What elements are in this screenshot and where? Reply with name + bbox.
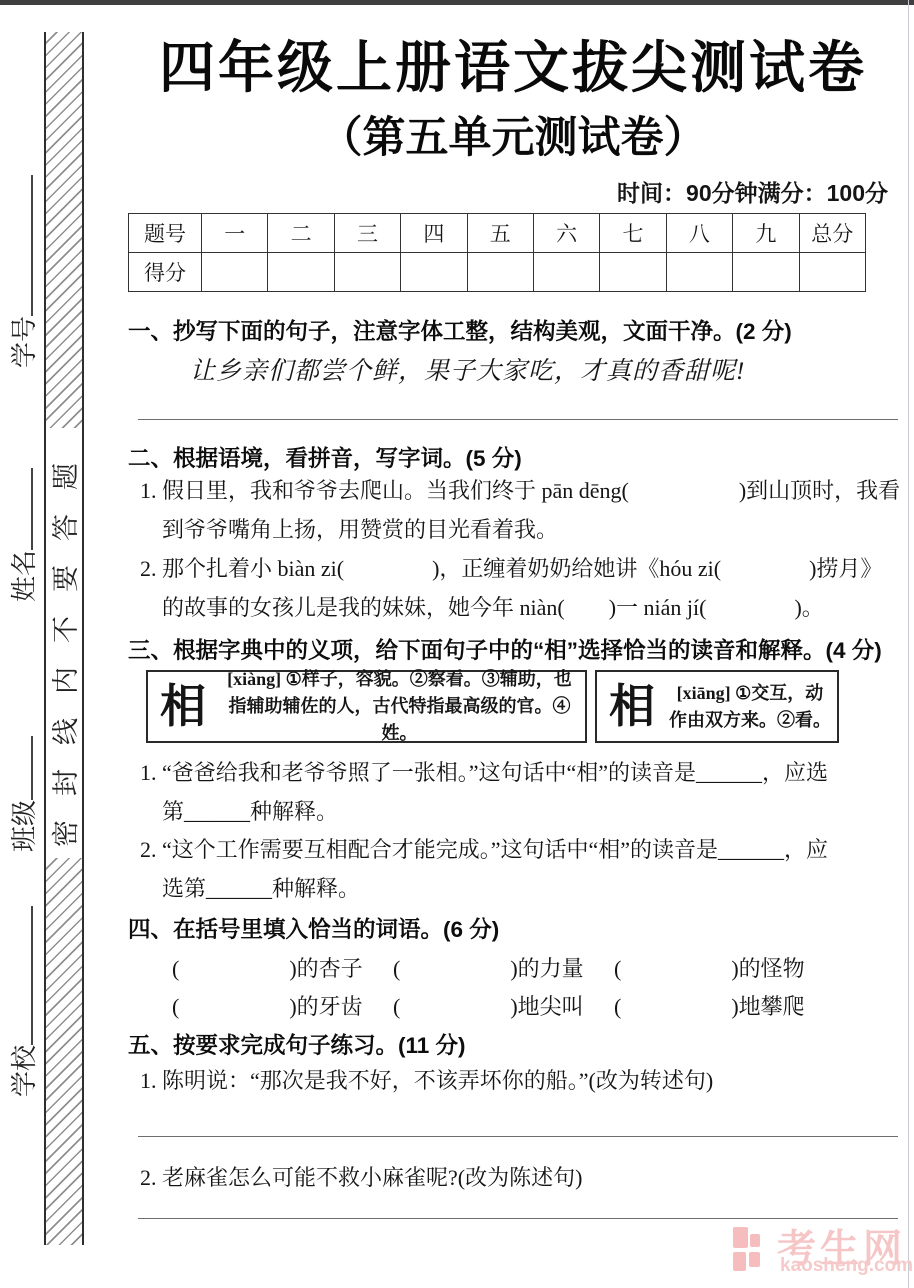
q5-header: 五、按要求完成句子练习。(11 分): [128, 1028, 466, 1060]
q2-item2-line2: 的故事的女孩儿是我的妹妹，她今年 niàn( )一 nián jí( )。: [162, 595, 824, 621]
q4-blank-phrase[interactable]: ( )的牙齿: [172, 990, 393, 1021]
time-and-score-info: 时间：90分钟满分：100分: [128, 175, 894, 208]
q5-item1-answer-line[interactable]: [138, 1136, 898, 1137]
q4-blank-phrase[interactable]: ( )的怪物: [614, 952, 835, 983]
score-cell[interactable]: [799, 253, 865, 292]
kaosheng-logo-icon: [733, 1227, 761, 1272]
student-name-label: 姓名: [10, 460, 40, 602]
score-cell[interactable]: [467, 253, 533, 292]
student-name-blank[interactable]: [11, 468, 33, 550]
score-cell[interactable]: [600, 253, 666, 292]
q4-blank-phrase[interactable]: ( )地攀爬: [614, 990, 835, 1021]
q3-dictionary-box-xiang4: 相 [xiàng] ①样子，容貌。②察看。③辅助，也指辅助辅佐的人，古代特指最高…: [146, 670, 587, 743]
score-header-cell: 三: [334, 214, 400, 253]
score-table: 题号 一 二 三 四 五 六 七 八 九 总分 得分: [128, 213, 866, 292]
q2-item2-line1: 2. 那个扎着小 biàn zi( )，正缠着奶奶给她讲《hóu zi( )捞月…: [140, 556, 882, 582]
student-name-label-text: 姓名: [10, 550, 39, 602]
q3-item1-line1: 1. “爸爸给我和老爷爷照了一张相。”这句话中“相”的读音是______，应选: [140, 760, 828, 786]
q5-item1: 1. 陈明说：“那次是我不好，不该弄坏你的船。”(改为转述句): [140, 1068, 713, 1094]
q3-item2-line2: 选第______种解释。: [162, 876, 360, 902]
q3-dictionary-box-xiang1: 相 [xiāng] ①交互，动作由双方来。②看。: [595, 670, 839, 743]
score-cell[interactable]: [733, 253, 799, 292]
q1-answer-line[interactable]: [138, 419, 898, 420]
q4-blank-phrase[interactable]: ( )的力量: [393, 952, 614, 983]
score-cell[interactable]: [401, 253, 467, 292]
q2-item1-line1: 1. 假日里，我和爷爷去爬山。当我们终于 pān dēng( )到山顶时，我看: [140, 478, 900, 504]
dict-entry-character: 相: [148, 684, 214, 730]
score-cell[interactable]: [202, 253, 268, 292]
student-class-blank[interactable]: [11, 736, 33, 800]
q4-blank-phrase[interactable]: ( )地尖叫: [393, 990, 614, 1021]
q2-item1-line2: 到爷爷嘴角上扬，用赞赏的目光看着我。: [162, 517, 558, 543]
student-school-label-text: 学校: [10, 1045, 39, 1097]
score-header-cell: 题号: [129, 214, 202, 253]
student-class-label-text: 班级: [10, 800, 39, 852]
student-id-label: 学号: [10, 165, 40, 368]
q1-header: 一、抄写下面的句子，注意字体工整，结构美观，文面干净。(2 分): [128, 314, 792, 346]
dict-entry-pinyin: [xiàng]: [227, 669, 281, 689]
q3-item1-line2: 第______种解释。: [162, 799, 338, 825]
score-cell[interactable]: [268, 253, 334, 292]
score-table-score-row: 得分: [129, 253, 866, 292]
paper-title: 四年级上册语文拔尖测试卷: [128, 24, 898, 104]
q4-blank-row-2: ( )的牙齿 ( )地尖叫 ( )地攀爬: [172, 990, 835, 1021]
score-header-cell: 八: [666, 214, 732, 253]
watermark-site-url: kaosheng.com: [780, 1255, 913, 1277]
score-header-cell: 六: [533, 214, 599, 253]
page-right-border: [908, 0, 909, 1288]
seal-line-text: 密封线内不要答题: [47, 428, 85, 858]
dict-entry-definitions: [xiàng] ①样子，容貌。②察看。③辅助，也指辅助辅佐的人，古代特指最高级的…: [214, 666, 585, 747]
student-id-blank[interactable]: [11, 175, 33, 316]
dict-entry-character: 相: [597, 684, 663, 730]
score-header-cell: 五: [467, 214, 533, 253]
score-row-label: 得分: [129, 253, 202, 292]
student-school-blank[interactable]: [11, 906, 33, 1045]
score-header-cell: 七: [600, 214, 666, 253]
score-header-cell: 四: [401, 214, 467, 253]
paper-content: 四年级上册语文拔尖测试卷 （第五单元测试卷） 时间：90分钟满分：100分 题号…: [128, 0, 898, 1288]
q5-item2: 2. 老麻雀怎么可能不救小麻雀呢?(改为陈述句): [140, 1165, 582, 1191]
score-header-cell: 二: [268, 214, 334, 253]
score-cell[interactable]: [334, 253, 400, 292]
score-table-header-row: 题号 一 二 三 四 五 六 七 八 九 总分: [129, 214, 866, 253]
score-header-cell: 九: [733, 214, 799, 253]
seal-hatch-bottom: [46, 858, 82, 1245]
score-header-cell: 总分: [799, 214, 865, 253]
student-class-label: 班级: [10, 728, 40, 852]
score-cell[interactable]: [533, 253, 599, 292]
q1-copy-sentence: 让乡亲们都尝个鲜，果子大家吃，才真的香甜呢!: [190, 351, 745, 387]
q4-header: 四、在括号里填入恰当的词语。(6 分): [128, 912, 499, 944]
seal-hatch-top: [46, 32, 82, 428]
score-cell[interactable]: [666, 253, 732, 292]
score-header-cell: 一: [202, 214, 268, 253]
q3-header: 三、根据字典中的义项，给下面句子中的“相”选择恰当的读音和解释。(4 分): [128, 633, 882, 665]
dict-entry-pinyin: [xiāng]: [677, 683, 731, 703]
student-school-label: 学校: [10, 898, 40, 1097]
q4-blank-phrase[interactable]: ( )的杏子: [172, 952, 393, 983]
dict-entry-definitions: [xiāng] ①交互，动作由双方来。②看。: [663, 680, 837, 734]
paper-subtitle: （第五单元测试卷）: [128, 104, 898, 165]
student-id-label-text: 学号: [10, 316, 39, 368]
q2-header: 二、根据语境，看拼音，写字词。(5 分): [128, 441, 522, 473]
q3-item2-line1: 2. “这个工作需要互相配合才能完成。”这句话中“相”的读音是______，应: [140, 837, 828, 863]
test-paper-page: 密封线内不要答题 学号 姓名 班级 学校 四年级上册语文拔尖测试卷 （第五单元测…: [0, 0, 914, 1288]
q4-blank-row-1: ( )的杏子 ( )的力量 ( )的怪物: [172, 952, 835, 983]
